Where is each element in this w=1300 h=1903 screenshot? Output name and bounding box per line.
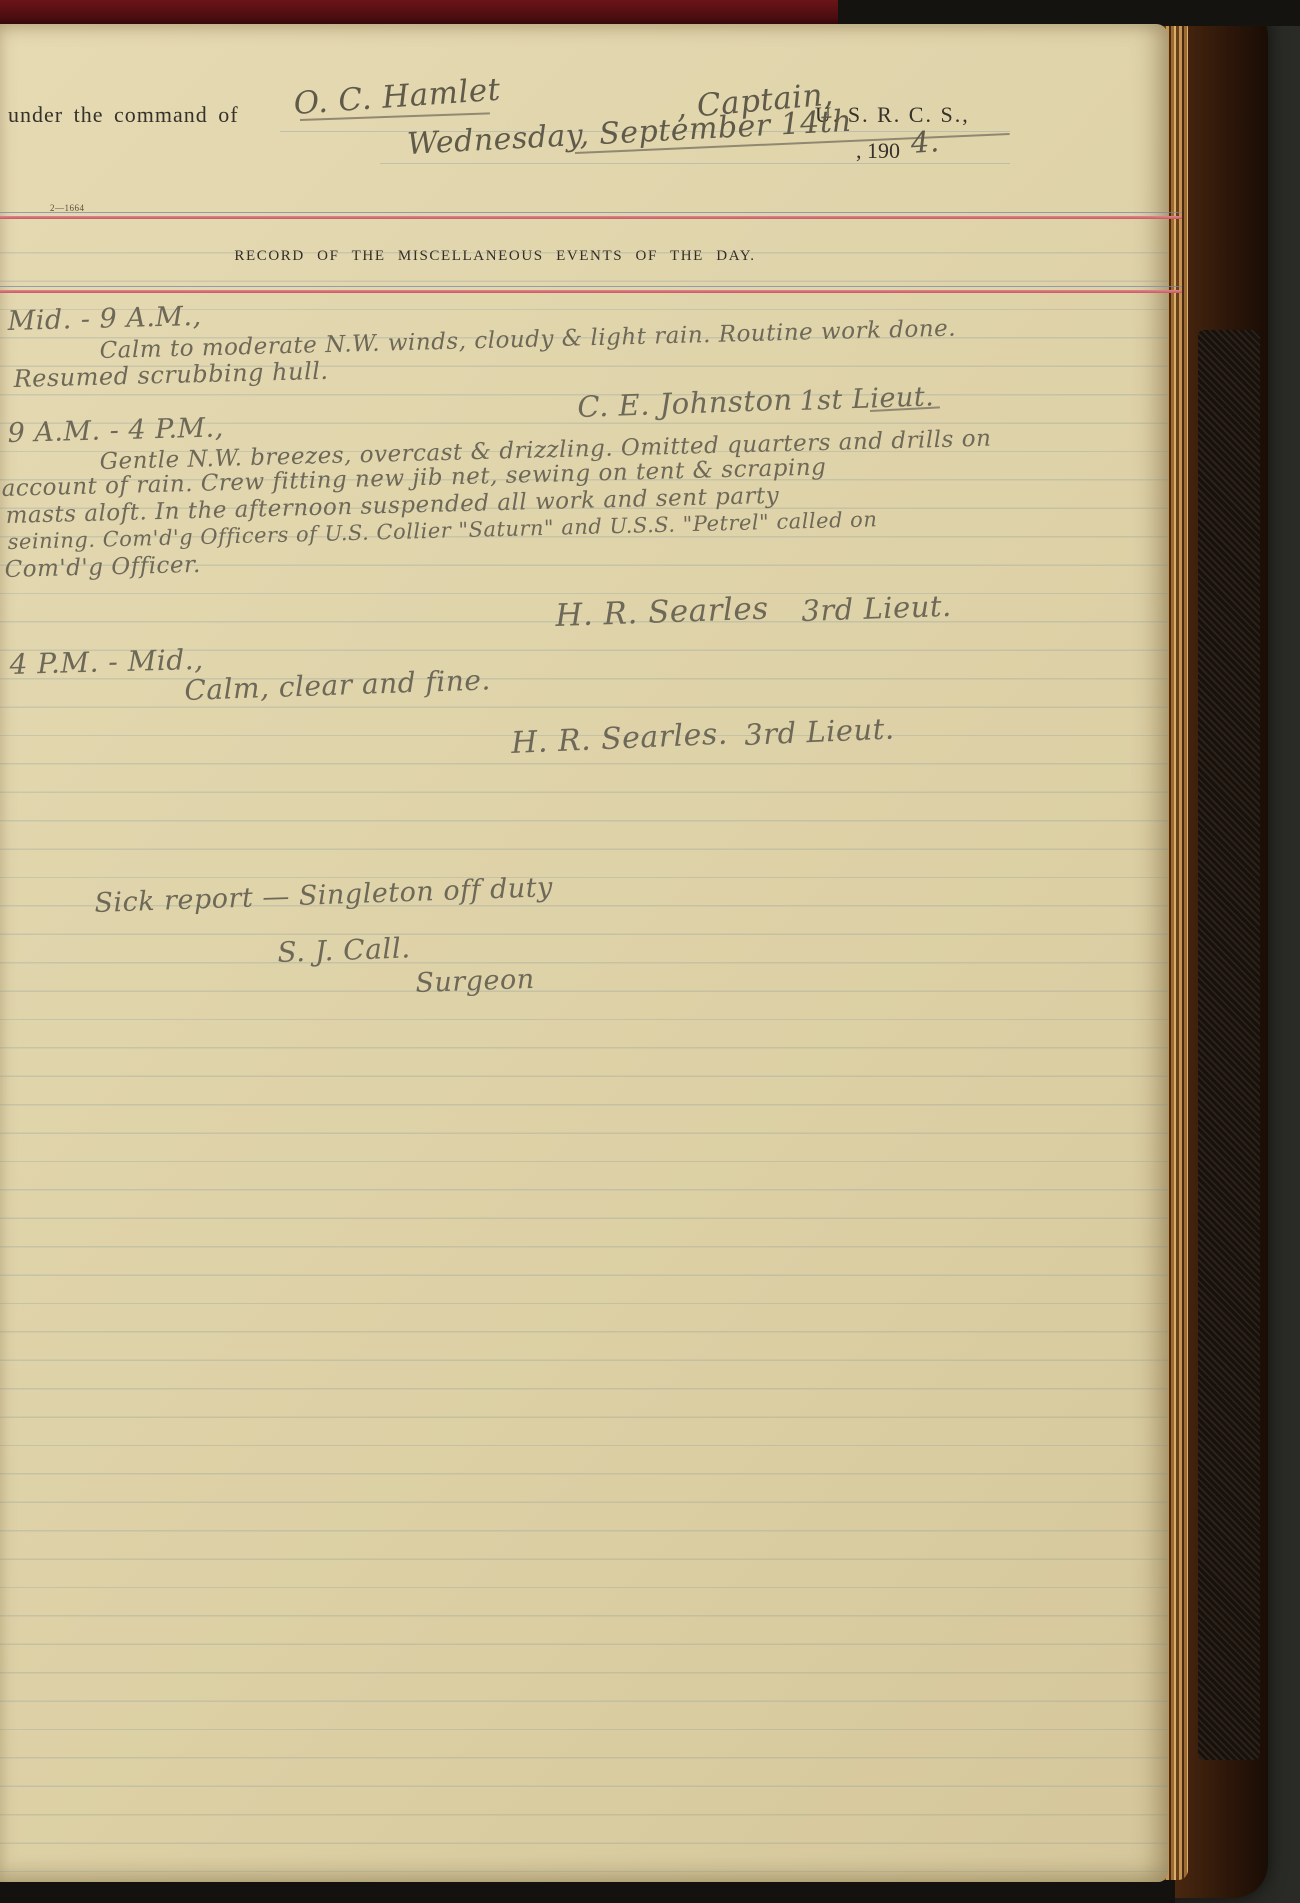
entry-period: Mid. - 9 A.M., [7,301,202,337]
top-binding-maroon-strip [0,0,838,26]
entry-period: 9 A.M. - 4 P.M., [7,412,224,449]
rule-blue-bottom [0,286,1182,287]
year-digit-handwritten: 4. [910,124,941,160]
surgeon-signature: S. J. Call. [277,931,411,969]
entry-line: Com'd'g Officer. [4,552,201,583]
printed-year-prefix: , 190 [856,138,900,164]
book-cover-pebbled-grain [1198,330,1260,1760]
fill-in-baseline [380,163,1010,164]
surgeon-rank: Surgeon [415,964,535,999]
signature-rank: 3rd Lieut. [744,711,896,752]
signature-rank: 3rd Lieut. [801,589,952,628]
bottom-shadow-strip [0,1880,1175,1903]
printed-command-prefix: under the command of [8,102,239,128]
entry-period: 4 P.M. - Mid., [9,643,204,681]
section-title: RECORD OF THE MISCELLANEOUS EVENTS OF TH… [0,248,990,265]
signature-name: H. R. Searles [555,591,769,634]
signature-rank: 1st Lieut. [799,381,935,417]
logbook-scan: under the command of O. C. Hamlet , Capt… [0,0,1300,1903]
rule-blue-top [0,212,1182,213]
rule-red-top [0,216,1182,219]
rule-red-bottom [0,290,1182,293]
